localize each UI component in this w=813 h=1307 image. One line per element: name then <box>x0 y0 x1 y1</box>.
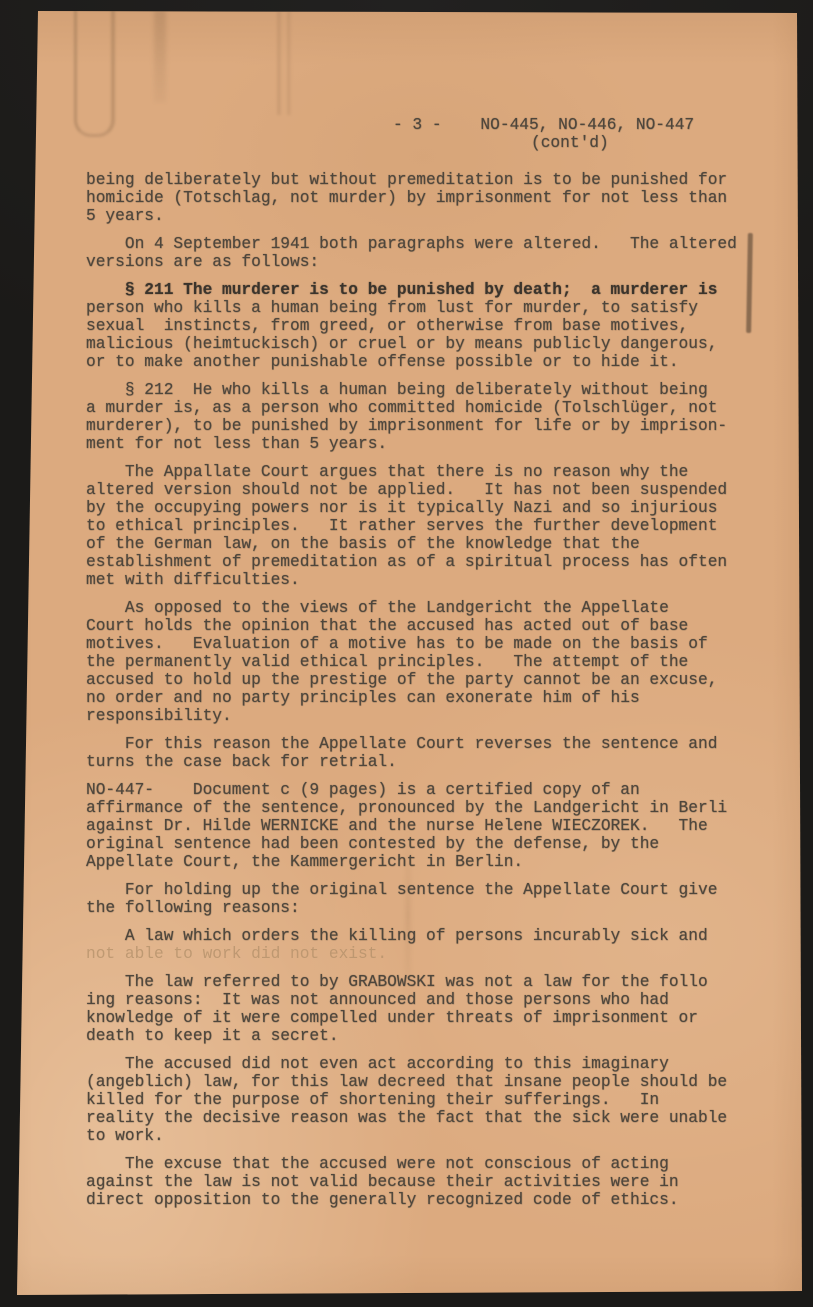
text-line: versions are as follows: <box>86 253 737 271</box>
paragraph: The Appallate Court argues that there is… <box>86 463 737 589</box>
page-header: - 3 - NO-445, NO-446, NO-447 <box>393 116 694 134</box>
text-line: For holding up the original sentence the… <box>86 881 737 899</box>
text-line: no order and no party principles can exo… <box>86 689 737 707</box>
pencil-smudge-mark <box>74 6 115 137</box>
text-line: met with difficulties. <box>86 571 737 589</box>
text-line: Court holds the opinion that the accused… <box>86 617 737 635</box>
text-line: the permanently valid ethical principles… <box>86 653 737 671</box>
paragraph: As opposed to the views of the Landgeric… <box>86 599 737 725</box>
text-line: by the occupying powers nor is it typica… <box>86 499 737 517</box>
text-line: malicious (heimtuckisch) or cruel or by … <box>86 335 737 353</box>
text-line: The excuse that the accused were not con… <box>86 1155 737 1173</box>
text-line: to work. <box>86 1127 737 1145</box>
paragraph: On 4 September 1941 both paragraphs were… <box>86 235 737 271</box>
text-line: sexual instincts, from greed, or otherwi… <box>86 317 737 335</box>
paragraph: A law which orders the killing of person… <box>86 927 737 963</box>
text-line: As opposed to the views of the Landgeric… <box>86 599 737 617</box>
text-line: turns the case back for retrial. <box>86 753 737 771</box>
text-line: § 211 The murderer is to be punished by … <box>86 281 737 299</box>
paragraph: The law referred to by GRABOWSKI was not… <box>86 973 737 1045</box>
text-line: ment for not less than 5 years. <box>86 435 737 453</box>
paragraph: For holding up the original sentence the… <box>86 881 737 917</box>
text-line: The law referred to by GRABOWSKI was not… <box>86 973 737 991</box>
text-line: the following reasons: <box>86 899 737 917</box>
text-line: homicide (Totschlag, not murder) by impr… <box>86 189 737 207</box>
paragraph: NO-447- Document c (9 pages) is a certif… <box>86 781 737 871</box>
text-line: ing reasons: It was not announced and th… <box>86 991 737 1009</box>
text-line: direct opposition to the generally recog… <box>86 1191 737 1209</box>
right-edge-ink-mark <box>746 233 753 333</box>
paragraph: § 211 The murderer is to be punished by … <box>86 281 737 371</box>
scanned-document-page: - 3 - NO-445, NO-446, NO-447 (cont'd) be… <box>0 0 813 1307</box>
fold-streak <box>272 10 294 115</box>
text-line: of the German law, on the basis of the k… <box>86 535 737 553</box>
text-line: establishment of premeditation as of a s… <box>86 553 737 571</box>
paragraph: For this reason the Appellate Court reve… <box>86 735 737 771</box>
text-line: altered version should not be applied. I… <box>86 481 737 499</box>
text-line: The accused did not even act according t… <box>86 1055 737 1073</box>
text-line: original sentence had been contested by … <box>86 835 737 853</box>
paragraph: being deliberately but without premedita… <box>86 171 737 225</box>
text-line: A law which orders the killing of person… <box>86 927 737 945</box>
paragraph: § 212 He who kills a human being deliber… <box>86 381 737 453</box>
smudge-streak <box>154 10 166 102</box>
text-line: For this reason the Appellate Court reve… <box>86 735 737 753</box>
text-line: § 212 He who kills a human being deliber… <box>86 381 737 399</box>
text-line: against the law is not valid because the… <box>86 1173 737 1191</box>
text-line: to ethical principles. It rather serves … <box>86 517 737 535</box>
document-body: being deliberately but without premedita… <box>86 171 737 1209</box>
text-line: death to keep it a secret. <box>86 1027 737 1045</box>
text-line: responsibility. <box>86 707 737 725</box>
text-line: The Appallate Court argues that there is… <box>86 463 737 481</box>
text-line: being deliberately but without premedita… <box>86 171 737 189</box>
paragraph: The accused did not even act according t… <box>86 1055 737 1145</box>
text-line: On 4 September 1941 both paragraphs were… <box>86 235 737 253</box>
text-line: against Dr. Hilde WERNICKE and the nurse… <box>86 817 737 835</box>
text-line: person who kills a human being from lust… <box>86 299 737 317</box>
text-line: killed for the purpose of shortening the… <box>86 1091 737 1109</box>
text-line: a murder is, as a person who committed h… <box>86 399 737 417</box>
text-line: murderer), to be punished by imprisonmen… <box>86 417 737 435</box>
text-line: motives. Evaluation of a motive has to b… <box>86 635 737 653</box>
text-line: NO-447- Document c (9 pages) is a certif… <box>86 781 737 799</box>
text-line: affirmance of the sentence, pronounced b… <box>86 799 737 817</box>
paragraph: The excuse that the accused were not con… <box>86 1155 737 1209</box>
text-line: knowledge of it were compelled under thr… <box>86 1009 737 1027</box>
header-continuation-label: (cont'd) <box>531 134 609 152</box>
text-line: (angeblich) law, for this law decreed th… <box>86 1073 737 1091</box>
text-line: accused to hold up the prestige of the p… <box>86 671 737 689</box>
text-line: Appellate Court, the Kammergericht in Be… <box>86 853 737 871</box>
text-line: or to make another punishable offense po… <box>86 353 737 371</box>
text-line: not able to work did not exist. <box>86 945 737 963</box>
text-line: 5 years. <box>86 207 737 225</box>
text-line: reality the decisive reason was the fact… <box>86 1109 737 1127</box>
paper-sheet: - 3 - NO-445, NO-446, NO-447 (cont'd) be… <box>0 0 813 1307</box>
